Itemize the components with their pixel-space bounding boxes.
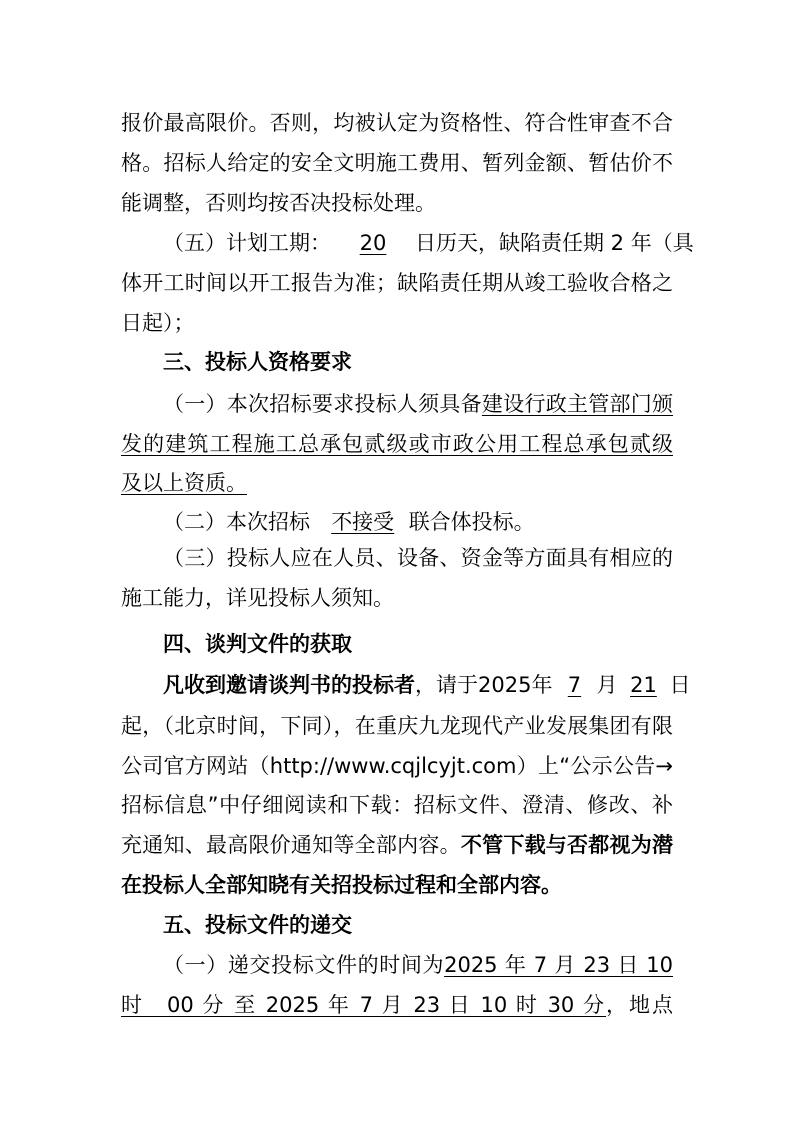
consortium-line: （二）本次招标 不接受联合体投标。 [121,507,673,537]
month-value: 7 [552,670,596,700]
submission-label: （一）递交投标文件的时间为 [163,953,444,977]
section-heading-qualification: 三、投标人资格要求 [121,347,673,377]
notice-bold-text: 不管下载与否都视为潜 [461,833,673,857]
paragraph-line: 施工能力，详见投标人须知。 [121,583,673,613]
paragraph-line: 充通知、最高限价通知等全部内容。不管下载与否都视为潜 [121,830,673,860]
paragraph-text: 充通知、最高限价通知等全部内容。 [121,833,461,857]
qualification-underlined: 及以上资质。 [121,471,255,495]
schedule-days-value: 20 [331,228,415,258]
section-heading-submission: 五、投标文件的递交 [121,910,673,940]
submission-time-start: 2025 年 7 月 23 日 10 [444,953,673,977]
invitee-text: 凡收到邀请谈判书的投标者 [163,673,415,697]
paragraph-line: 起，（北京时间，下同），在重庆九龙现代产业发展集团有限 [121,711,673,741]
paragraph-line: 体开工时间以开工报告为准；缺陷责任期从竣工验收合格之 [121,268,673,298]
section-heading-document-acquisition: 四、谈判文件的获取 [121,629,673,659]
qualification-underlined-line: 发的建筑工程施工总承包贰级或市政公用工程总承包贰级 [121,429,673,459]
notice-bold-line: 在投标人全部知晓有关招投标过程和全部内容。 [121,870,673,900]
day-label: 日 [669,673,690,697]
paragraph-line: 能调整，否则均按否决投标处理。 [121,188,673,218]
schedule-label: （五）计划工期： [163,231,331,255]
month-label: 月 [596,673,617,697]
qualification-underlined: 建设行政主管部门颁 [482,392,673,416]
qualification-underlined-line: 及以上资质。 [121,468,673,498]
consortium-label: （二）本次招标 [163,510,310,534]
paragraph-line: 日起）； [121,308,673,338]
paragraph-line: 格。招标人给定的安全文明施工费用、暂列金额、暂估价不 [121,148,673,178]
paragraph-line: （三）投标人应在人员、设备、资金等方面具有相应的 [121,543,673,573]
qualification-line: （一）本次招标要求投标人须具备建设行政主管部门颁 [121,389,673,419]
date-prefix: ，请于2025年 [415,673,552,697]
paragraph-line: 报价最高限价。否则，均被认定为资格性、符合性审查不合 [121,108,673,138]
website-line: 公司官方网站（http://www.cqjlcyjt.com）上“公示公告→ [121,751,673,781]
submission-time-range: 时 00 分 至 2025 年 7 月 23 日 10 时 30 分 [121,993,606,1017]
document-page: 报价最高限价。否则，均被认定为资格性、符合性审查不合 格。招标人给定的安全文明施… [0,0,793,1122]
location-label: ，地点 [606,993,673,1017]
submission-time-line: （一）递交投标文件的时间为2025 年 7 月 23 日 10 [121,950,673,980]
acquisition-line: 凡收到邀请谈判书的投标者，请于2025年7月21日 [121,670,673,700]
qualification-text: （一）本次招标要求投标人须具备 [163,392,482,416]
schedule-suffix: 日历天，缺陷责任期 2 年（具 [415,231,694,255]
schedule-line: （五）计划工期：20日历天，缺陷责任期 2 年（具 [121,228,673,258]
consortium-suffix: 联合体投标。 [409,510,535,534]
paragraph-line: 招标信息”中仔细阅读和下载：招标文件、澄清、修改、补 [121,790,673,820]
submission-time-line: 时 00 分 至 2025 年 7 月 23 日 10 时 30 分，地点 [121,990,673,1020]
consortium-value: 不接受 [317,507,409,537]
day-value: 21 [617,670,669,700]
